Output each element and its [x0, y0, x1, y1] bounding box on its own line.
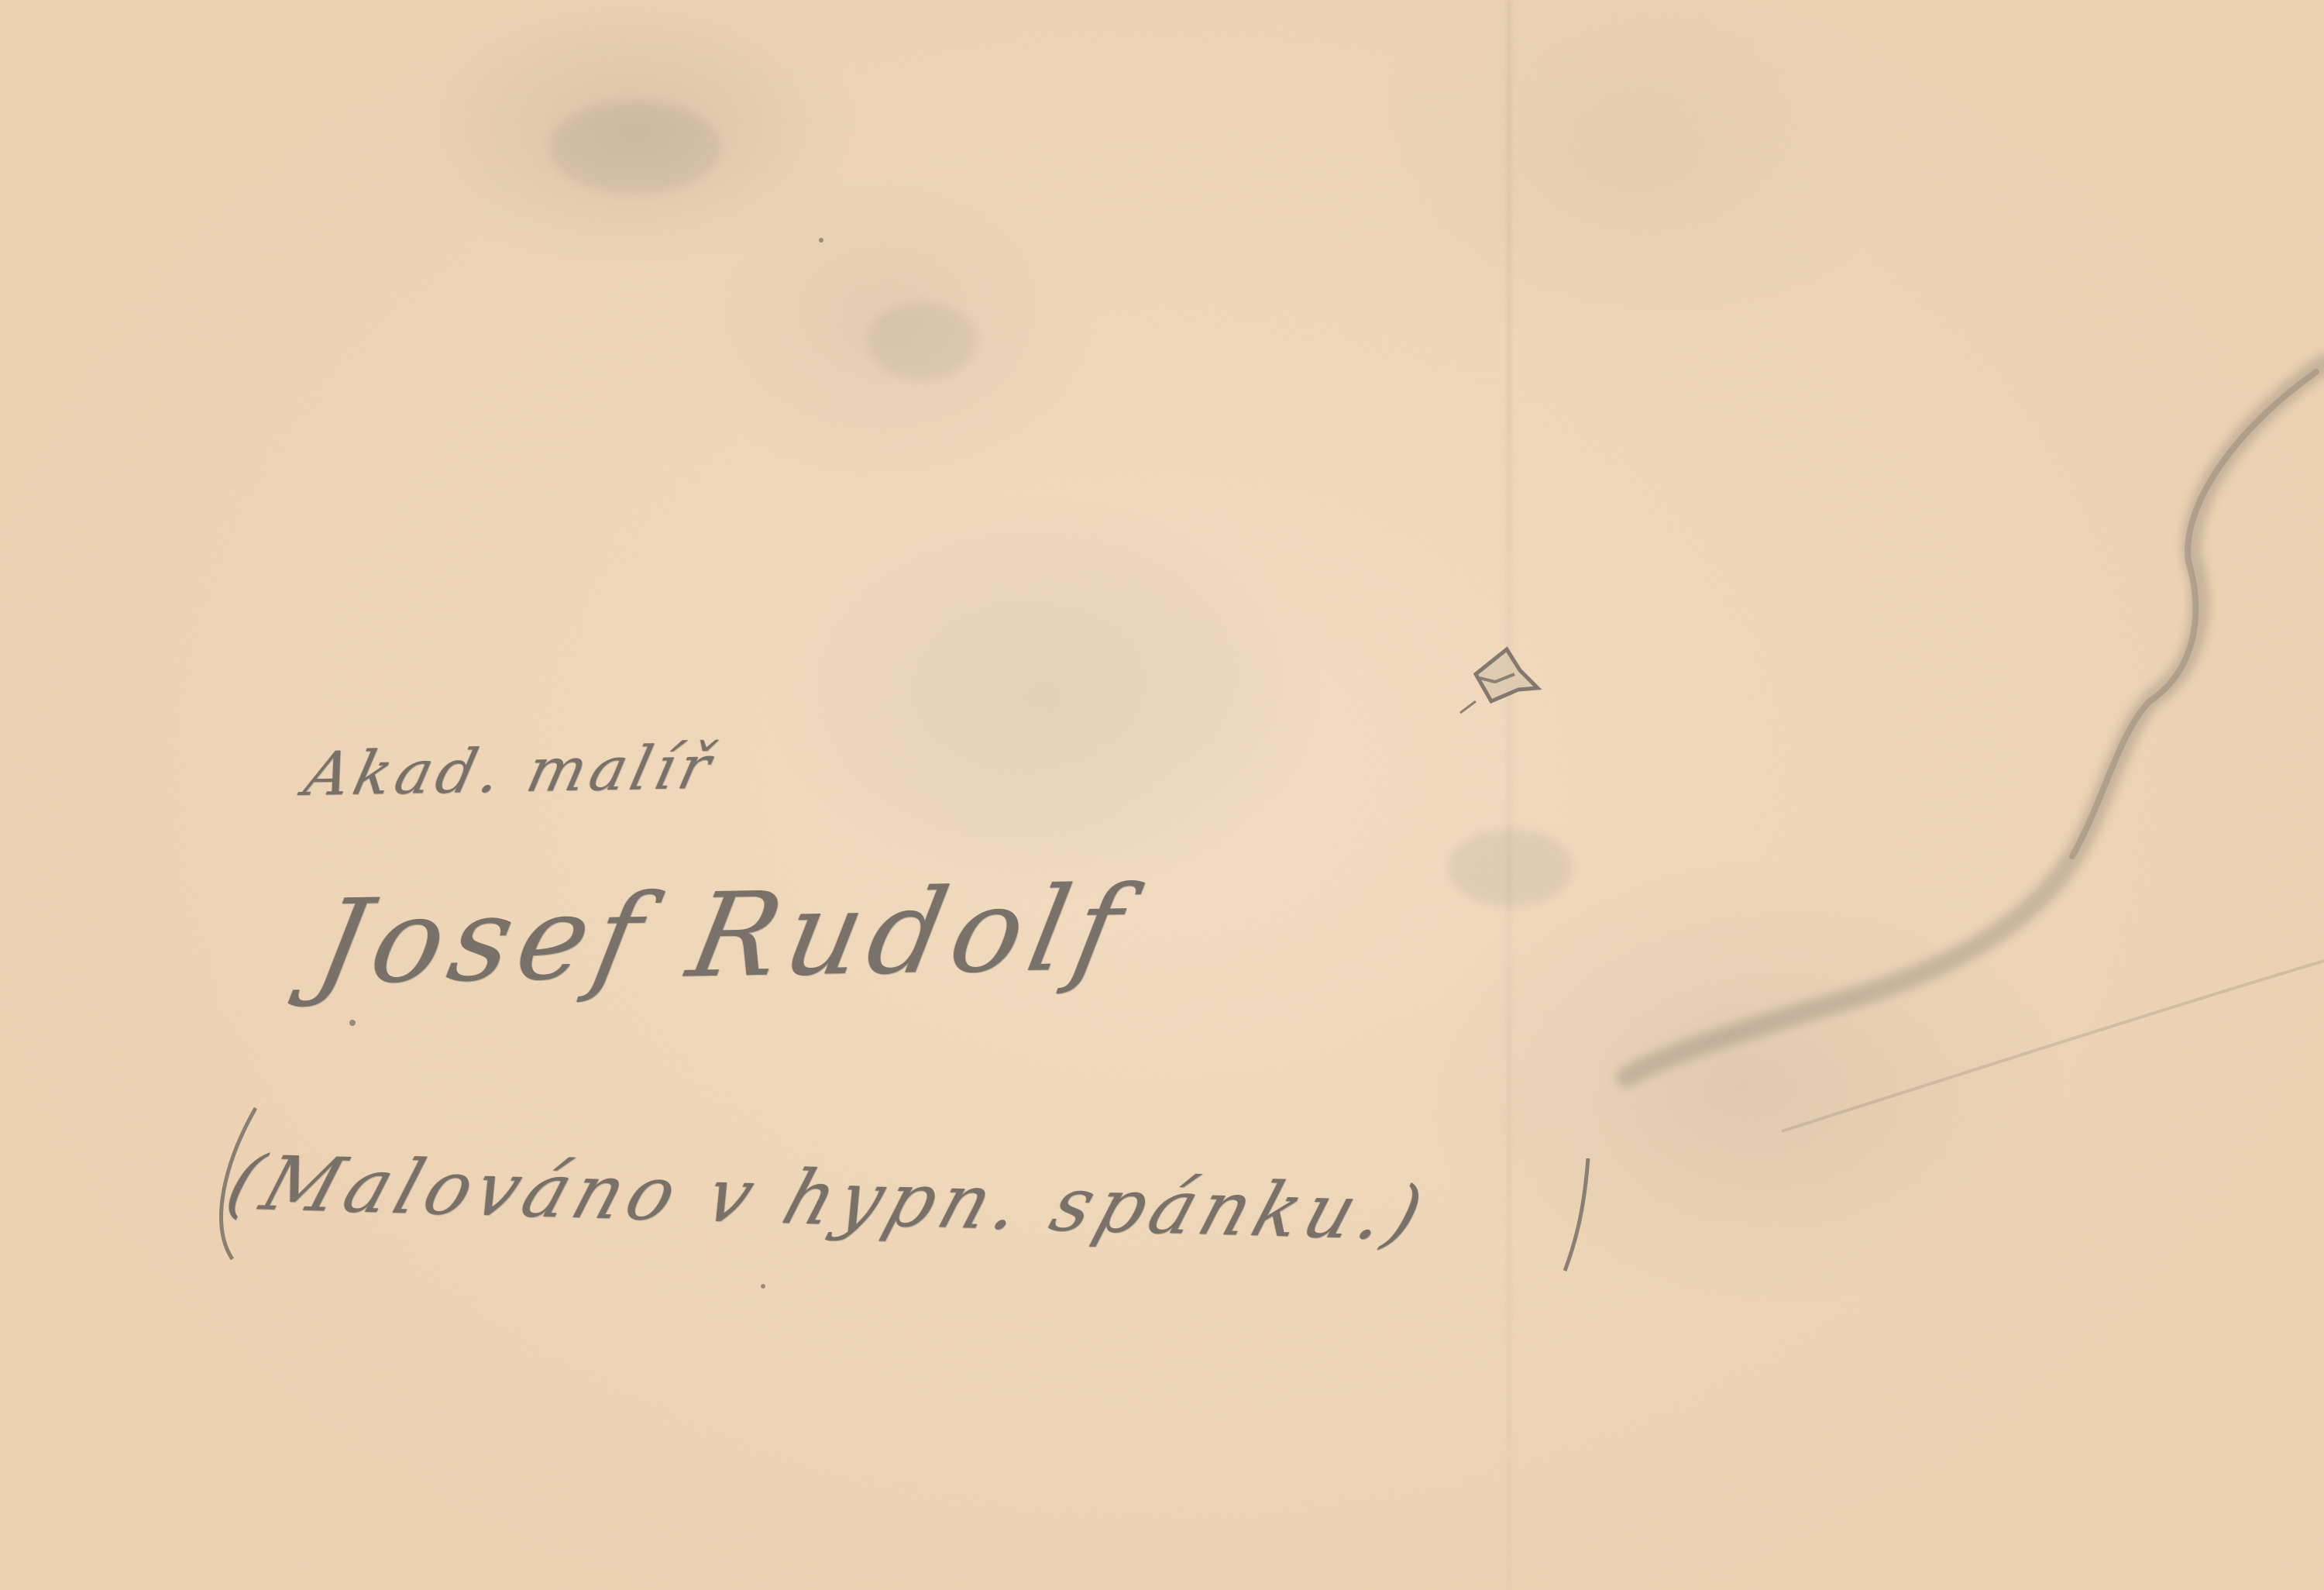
- pencil-dot: [761, 1284, 765, 1289]
- pencil-dot: [349, 1020, 356, 1026]
- center-smudge: [868, 302, 976, 380]
- inscription-title: Akad. malíř: [298, 733, 721, 810]
- inscription-artist-name: Josef Rudolf: [306, 862, 1140, 1010]
- pencil-dot: [819, 238, 823, 243]
- top-smudge: [550, 101, 720, 194]
- lower-smudge: [1449, 829, 1573, 907]
- paper-sheet: Akad. malíř Josef Rudolf (Malováno v hyp…: [0, 0, 2324, 1590]
